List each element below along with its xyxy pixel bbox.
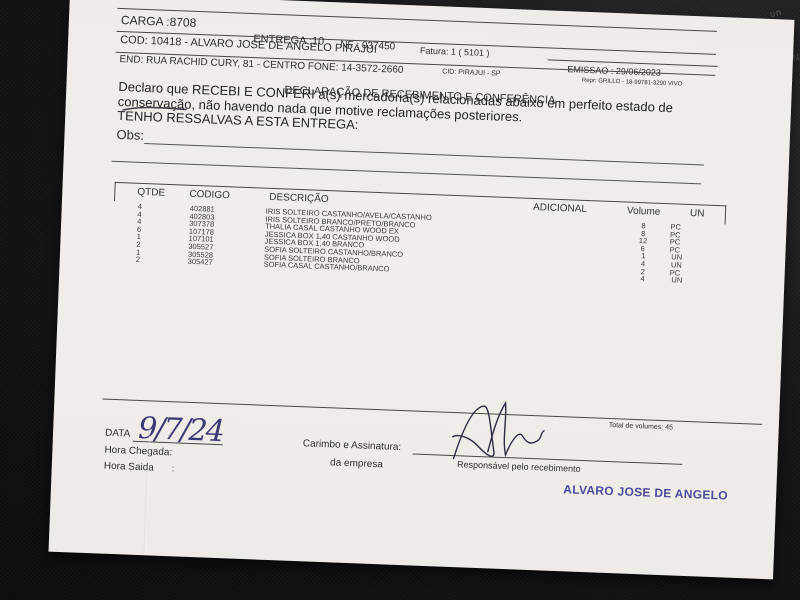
carimbo-label: Carimbo e Assinatura:	[303, 438, 402, 453]
column-adicional: ADICIONAL	[533, 202, 587, 215]
carimbo-sub-label: da empresa	[330, 457, 383, 470]
handwritten-signature	[447, 397, 570, 472]
column-volume: Volume	[627, 206, 661, 218]
fatura-label: Fatura: 1 ( 5101 )	[420, 45, 490, 58]
obs-line-1[interactable]	[144, 143, 704, 165]
column-qtde: QTDE	[137, 187, 165, 199]
obs-label: Obs:	[116, 127, 144, 143]
cell-volume: 4	[640, 275, 644, 283]
receiver-name-stamp: ALVARO JOSE DE ANGELO	[563, 482, 728, 502]
column-un: UN	[690, 208, 705, 220]
hora-saida-label: Hora Saida	[104, 461, 154, 474]
cell-un: UN	[671, 276, 682, 284]
cid-line: CID: PIRAJUI - SP	[442, 68, 501, 77]
data-label: DATA	[105, 428, 131, 440]
total-volumes: Total de volumes: 45	[609, 422, 673, 431]
handwritten-date: 9/7/24	[138, 411, 224, 449]
cell-qtde: 2	[136, 256, 140, 264]
repr-line: Repr: GRILLO - 18-99781-3290 VIVO	[582, 78, 683, 88]
cell-codigo: 305427	[188, 258, 213, 267]
obs-line-2[interactable]	[112, 161, 702, 185]
delivery-receipt-paper: CARGA :8708 ENTREGA :10 NF : 037450 Fatu…	[49, 0, 795, 579]
carga-label: CARGA :8708	[121, 13, 197, 30]
hora-saida-separator: :	[172, 463, 175, 473]
column-codigo: CODIGO	[189, 189, 230, 202]
column-descricao: DESCRIÇÃO	[269, 192, 329, 205]
hora-chegada-label: Hora Chegada:	[104, 445, 172, 459]
